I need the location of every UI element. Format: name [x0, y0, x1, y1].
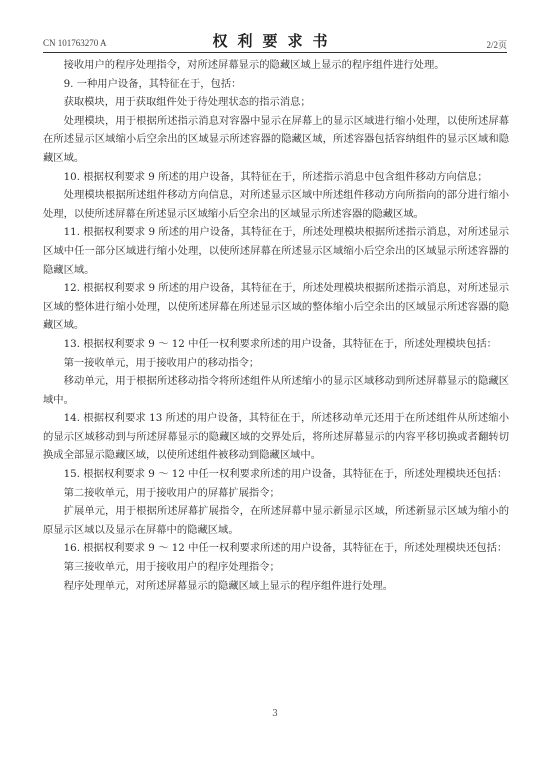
page-number: 3	[0, 709, 550, 719]
claim-paragraph: 处理模块，用于根据所述指示消息对容器中显示在屏幕上的显示区域进行缩小处理，以使所…	[43, 112, 509, 168]
document-title: 权利要求书	[43, 30, 507, 51]
claim-paragraph: 16. 根据权利要求 9 ～ 12 中任一权利要求所述的用户设备，其特征在于，所…	[43, 539, 509, 558]
page-header: CN 101763270 A 权利要求书 2/2页	[43, 30, 507, 52]
page-indicator: 2/2页	[486, 38, 507, 51]
claim-paragraph: 接收用户的程序处理指令，对所述屏幕显示的隐藏区域上显示的程序组件进行处理。	[43, 56, 509, 75]
claim-paragraph: 13. 根据权利要求 9 ～ 12 中任一权利要求所述的用户设备，其特征在于，所…	[43, 335, 509, 354]
claim-paragraph: 第一接收单元，用于接收用户的移动指令；	[43, 354, 509, 373]
claim-paragraph: 9. 一种用户设备，其特征在于，包括：	[43, 75, 509, 94]
claims-body: 接收用户的程序处理指令，对所述屏幕显示的隐藏区域上显示的程序组件进行处理。 9.…	[43, 56, 509, 595]
claim-paragraph: 11. 根据权利要求 9 所述的用户设备，其特征在于，所述处理模块根据所述指示消…	[43, 223, 509, 279]
claim-paragraph: 程序处理单元，对所述屏幕显示的隐藏区域上显示的程序组件进行处理。	[43, 577, 509, 596]
claim-paragraph: 第三接收单元，用于接收用户的程序处理指令；	[43, 558, 509, 577]
header-rule	[43, 52, 507, 53]
claim-paragraph: 第二接收单元，用于接收用户的屏幕扩展指令；	[43, 484, 509, 503]
claim-paragraph: 处理模块根据所述组件移动方向信息，对所述显示区域中所述组件移动方向所指向的部分进…	[43, 186, 509, 223]
claim-paragraph: 移动单元，用于根据所述移动指令将所述组件从所述缩小的显示区域移动到所述屏幕显示的…	[43, 372, 509, 409]
claim-paragraph: 10. 根据权利要求 9 所述的用户设备，其特征在于，所述指示消息中包含组件移动…	[43, 168, 509, 187]
claim-paragraph: 扩展单元，用于根据所述屏幕扩展指令，在所述屏幕中显示新显示区域，所述新显示区域为…	[43, 502, 509, 539]
claim-paragraph: 获取模块，用于获取组件处于待处理状态的指示消息；	[43, 93, 509, 112]
claim-paragraph: 15. 根据权利要求 9 ～ 12 中任一权利要求所述的用户设备，其特征在于，所…	[43, 465, 509, 484]
claim-paragraph: 12. 根据权利要求 9 所述的用户设备，其特征在于，所述处理模块根据所述指示消…	[43, 279, 509, 335]
claim-paragraph: 14. 根据权利要求 13 所述的用户设备，其特征在于，所述移动单元还用于在所述…	[43, 409, 509, 465]
